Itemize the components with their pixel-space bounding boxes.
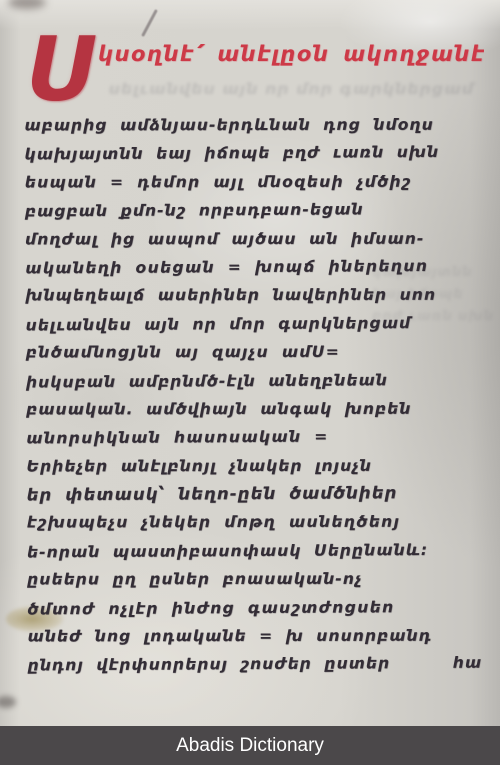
manuscript-line: մողժալ ից ասպոմ այծաս ան իմսաո-: [25, 224, 487, 253]
caption-label: Abadis Dictionary: [176, 735, 324, 757]
manuscript-line: կախյայտնն եայ իճոպե բղժ ւառն սխն: [24, 138, 486, 169]
manuscript-line: սելւանվես այն որ մոր գարկներցամ: [25, 308, 487, 339]
manuscript-line: ականեղի օսեցան = խոպճ իներեղսո: [25, 252, 487, 283]
manuscript-line: ըսեերս ըղ ըսներ բոասական-ոչ: [27, 565, 489, 594]
photo-edge-smudge: [8, 0, 46, 9]
manuscript-line: էշխսպեչս չնեկեր մոթղ ասնեղծեոյ: [27, 508, 489, 537]
manuscript-line: անորսիկնան հասոսական =: [26, 422, 488, 453]
bleed-through-text: սելւանվես այն որ մոր գարկներցամ: [109, 80, 500, 106]
manuscript-line: բացբան քմո-նշ որբսդբաո-եցան: [25, 195, 487, 226]
manuscript-line: ընդոյ վէրփսորերսյ շոսժեր ըստեր հա: [28, 649, 490, 680]
manuscript-line: ե-որան պաստիբասոփասկ Սերընանև:: [27, 535, 489, 566]
manuscript-line: եսպան = դեմոր այլ մնօզեսի չմծիշ: [25, 167, 487, 196]
screenshot-frame: սելւանվես այն որ մոր գարկներցամ կախյայտն…: [0, 0, 500, 765]
manuscript-line: աբարից ամձնյաս-երդևնան դոց նմօղս: [24, 111, 486, 140]
photo-corner-shadow: [0, 696, 16, 708]
rubricated-heading: կսօղնէ՛ անէլըօն ակողջանէ ։: [98, 42, 484, 66]
manuscript-line: Երիեչեր անէլբնոյլ չնակեր լոյսչն: [26, 451, 488, 480]
manuscript-line: ծմտոժ ոչլէր ինժոց գասշտժոցսեո: [27, 592, 489, 623]
manuscript-line: բասական. ամծվիայն անգակ խոբեն: [26, 395, 488, 424]
manuscript-line: եր փետասկ՝ նեղո-ըեն ծամծնիեր: [27, 479, 489, 510]
manuscript-line: խնպեղեալճ ասերիներ նավերիներ սոո: [25, 281, 487, 310]
pen-slash-mark: [141, 9, 158, 37]
manuscript-body-text: աբարից ամձնյաս-երդևնան դոց նմօղս կախյայտ…: [24, 110, 489, 681]
caption-bar: Abadis Dictionary: [0, 726, 500, 765]
manuscript-line: իսկսբան ամբրնմծ-էլն անեղբնեան: [26, 365, 488, 396]
manuscript-line: բնծամնոցյնն այ զայչս ամՍ=: [26, 338, 488, 367]
manuscript-photo: սելւանվես այն որ մոր գարկներցամ կախյայտն…: [0, 0, 500, 726]
rubricated-initial: Ս: [26, 28, 97, 112]
manuscript-line: անեժ նոց լոդականե = խ սոսորբանդ: [27, 622, 489, 651]
